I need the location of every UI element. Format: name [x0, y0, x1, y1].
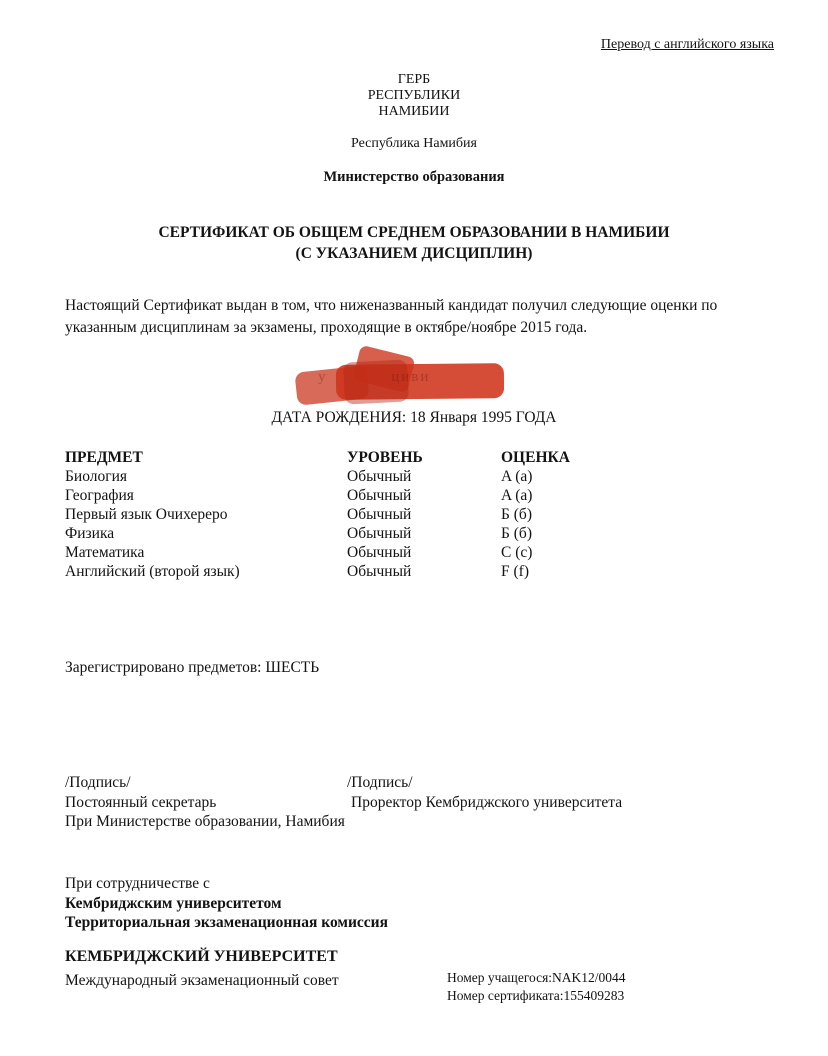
row-grade: Б (б) [501, 505, 532, 524]
row-subject: Физика [65, 524, 114, 543]
grades-table: ПРЕДМЕТ УРОВЕНЬ ОЦЕНКА Биология Обычный … [65, 448, 625, 581]
date-of-birth-line: ДАТА РОЖДЕНИЯ: 18 Января 1995 ГОДА [0, 409, 828, 427]
intro-paragraph: Настоящий Сертификат выдан в том, что ни… [65, 295, 771, 339]
row-level: Обычный [347, 505, 411, 524]
table-row: Английский (второй язык) Обычный F (f) [65, 562, 625, 581]
row-grade: Б (б) [501, 524, 532, 543]
row-grade: C (c) [501, 543, 532, 562]
cooperation-line-1: При сотрудничестве с [65, 874, 388, 894]
translation-note: Перевод с английского языка [601, 37, 774, 53]
redacted-ghost-text: у циви [318, 369, 498, 386]
row-level: Обычный [347, 562, 411, 581]
certificate-document: Перевод с английского языка ГЕРБ РЕСПУБЛ… [0, 0, 828, 1056]
certificate-title: СЕРТИФИКАТ ОБ ОБЩЕМ СРЕДНЕМ ОБРАЗОВАНИИ … [0, 222, 828, 264]
certificate-title-line1: СЕРТИФИКАТ ОБ ОБЩЕМ СРЕДНЕМ ОБРАЗОВАНИИ … [0, 222, 828, 243]
right-signature-role: Проректор Кембриджского университета [351, 793, 622, 813]
coat-of-arms-caption: ГЕРБ РЕСПУБЛИКИ НАМИБИИ [0, 72, 828, 120]
right-signature-placeholder: /Подпись/ [347, 773, 413, 793]
row-subject: Первый язык Очихереро [65, 505, 227, 524]
row-subject: Биология [65, 467, 127, 486]
registered-subjects-line: Зарегистрировано предметов: ШЕСТЬ [65, 659, 319, 677]
left-signature-role: Постоянный секретарь [65, 793, 216, 813]
signature-row-2: Постоянный секретарь Проректор Кембриджс… [65, 793, 771, 813]
certificate-title-line2: (С УКАЗАНИЕМ ДИСЦИПЛИН) [0, 243, 828, 264]
coat-line-3: НАМИБИИ [0, 104, 828, 120]
row-level: Обычный [347, 467, 411, 486]
row-level: Обычный [347, 486, 411, 505]
grades-table-header: ПРЕДМЕТ УРОВЕНЬ ОЦЕНКА [65, 448, 625, 467]
cooperation-line-3: Территориальная экзаменационная комиссия [65, 913, 388, 933]
row-subject: Математика [65, 543, 144, 562]
table-row: Физика Обычный Б (б) [65, 524, 625, 543]
left-signature-org: При Министерстве образовании, Намибия [65, 812, 345, 832]
header-grade: ОЦЕНКА [501, 448, 570, 467]
table-row: География Обычный A (a) [65, 486, 625, 505]
row-level: Обычный [347, 543, 411, 562]
redaction-marker: у циви [296, 353, 508, 407]
footer-council-name: Международный экзаменационный совет [65, 972, 339, 990]
left-signature-placeholder: /Подпись/ [65, 773, 131, 793]
row-level: Обычный [347, 524, 411, 543]
certificate-number: Номер сертификата:155409283 [447, 987, 626, 1005]
signature-row-3: При Министерстве образовании, Намибия [65, 812, 771, 832]
row-subject: География [65, 486, 134, 505]
table-row: Первый язык Очихереро Обычный Б (б) [65, 505, 625, 524]
republic-line: Республика Намибия [0, 136, 828, 152]
cooperation-line-2: Кембриджским университетом [65, 894, 388, 914]
row-grade: A (a) [501, 486, 532, 505]
student-number: Номер учащегося:NAK12/0044 [447, 969, 626, 987]
footer-university-name: КЕМБРИДЖСКИЙ УНИВЕРСИТЕТ [65, 948, 338, 966]
table-row: Математика Обычный C (c) [65, 543, 625, 562]
signatures-block: /Подпись/ /Подпись/ Постоянный секретарь… [65, 773, 771, 832]
cooperation-block: При сотрудничестве с Кембриджским универ… [65, 874, 388, 933]
signature-row-1: /Подпись/ /Подпись/ [65, 773, 771, 793]
coat-line-2: РЕСПУБЛИКИ [0, 88, 828, 104]
coat-line-1: ГЕРБ [0, 72, 828, 88]
header-level: УРОВЕНЬ [347, 448, 423, 467]
row-grade: F (f) [501, 562, 529, 581]
document-numbers-block: Номер учащегося:NAK12/0044 Номер сертифи… [447, 969, 626, 1005]
table-row: Биология Обычный A (a) [65, 467, 625, 486]
row-grade: A (a) [501, 467, 532, 486]
row-subject: Английский (второй язык) [65, 562, 240, 581]
ministry-line: Министерство образования [0, 169, 828, 186]
header-subject: ПРЕДМЕТ [65, 448, 143, 467]
